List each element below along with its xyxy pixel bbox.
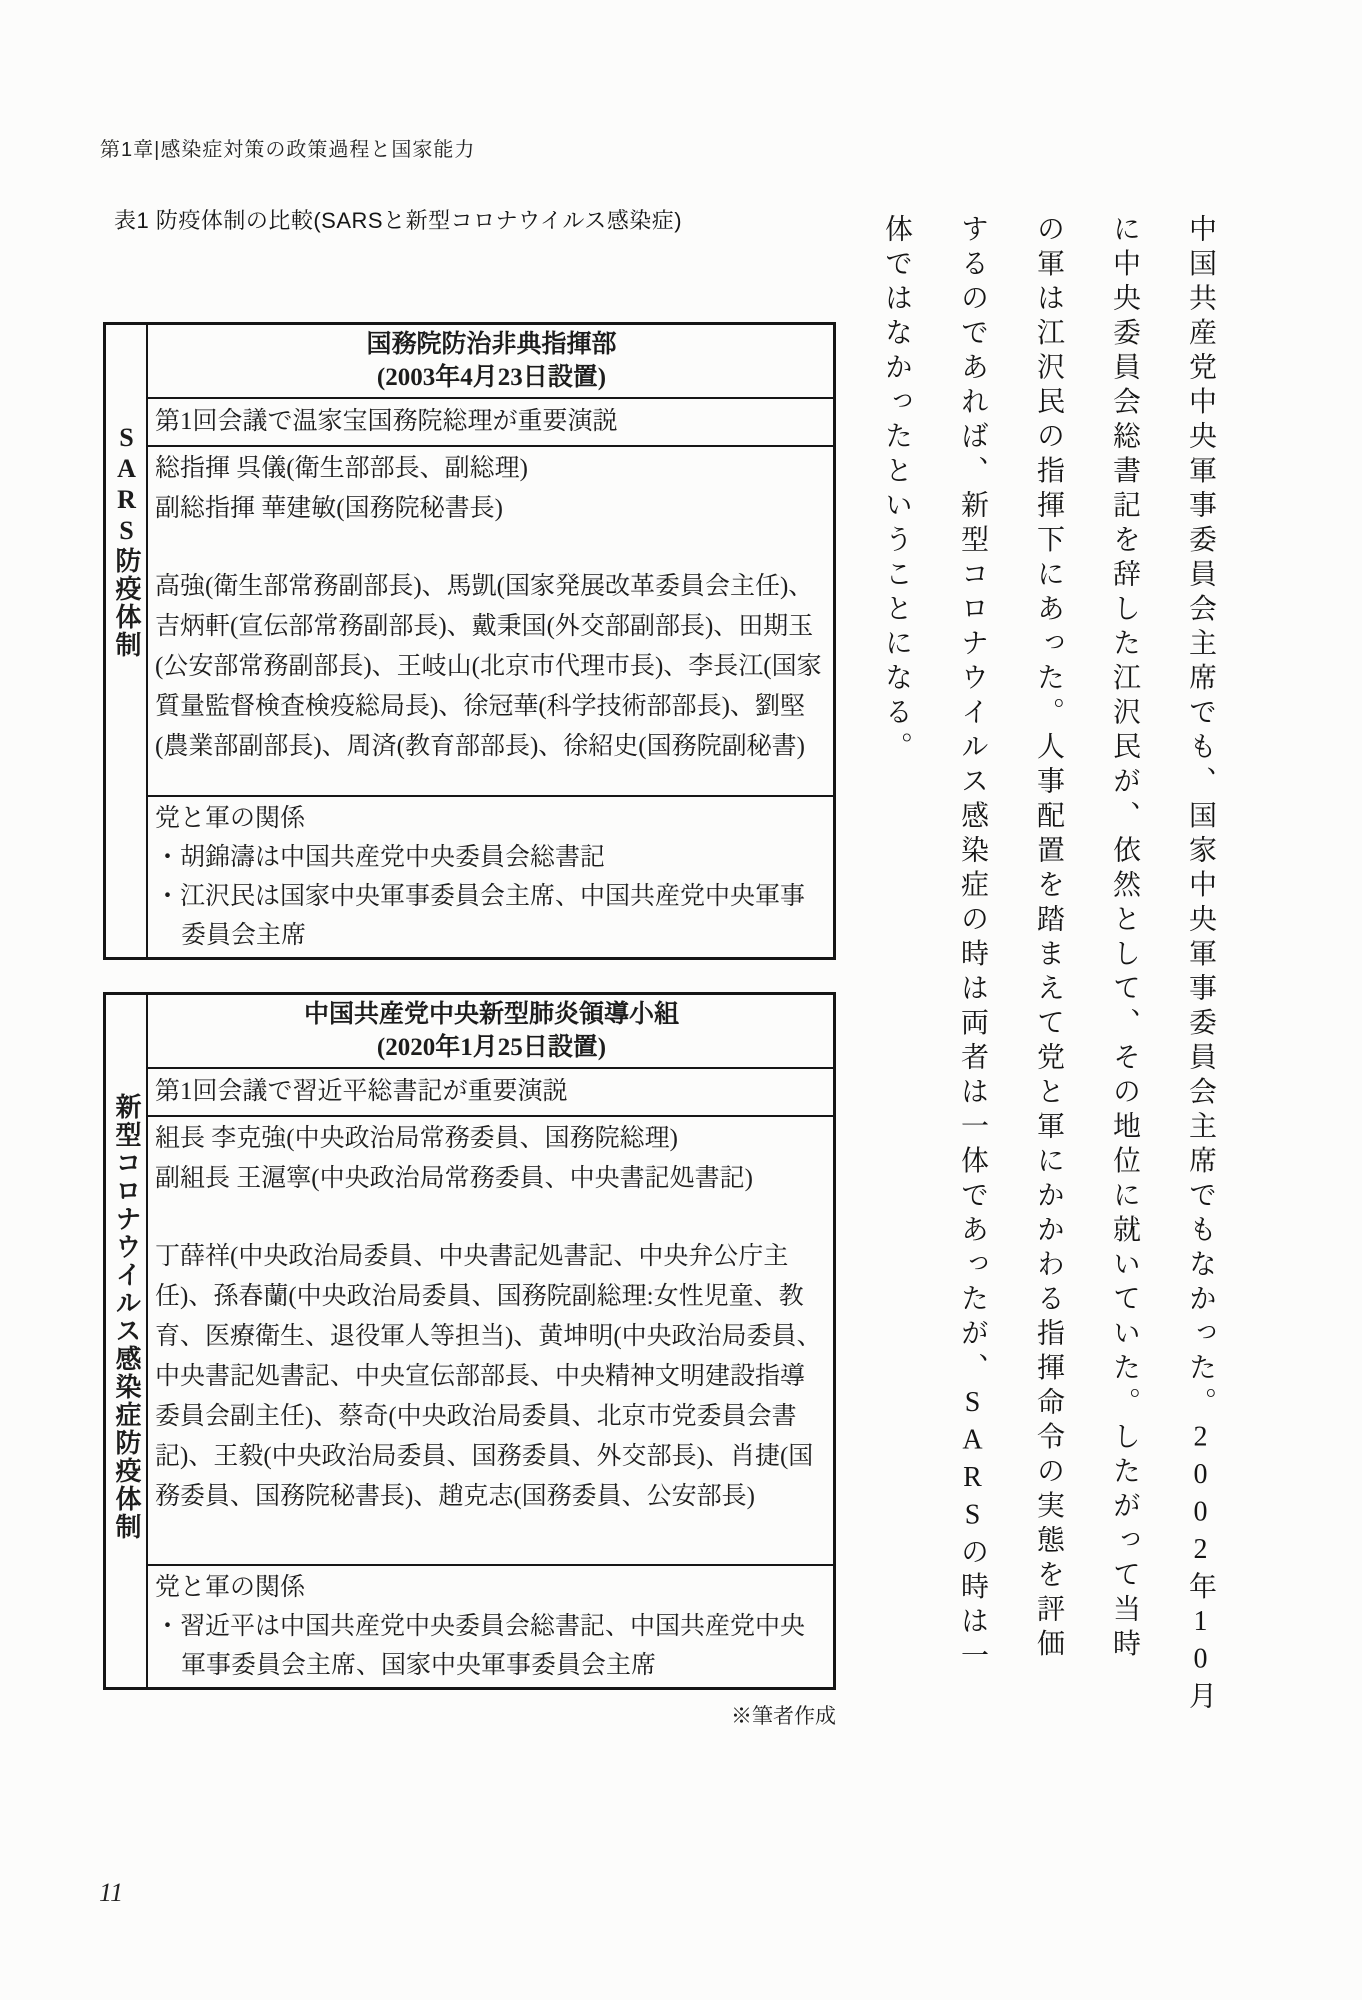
table-title-line1: 国務院防治非典指揮部 — [155, 328, 828, 361]
table-caption: 表1 防疫体制の比較(SARSと新型コロナウイルス感染症) — [114, 204, 682, 235]
chapter-header: 第1章|感染症対策の政策過程と国家能力 — [100, 133, 475, 162]
table-side-label: 新型コロナウイルス感染症防疫体制 — [113, 1093, 139, 1541]
leader-line: 副総指揮 華建敏(国務院秘書長) — [155, 489, 828, 529]
members-list: 丁薛祥(中央政治局委員、中央書記処書記、中央弁公庁主任)、孫春蘭(中央政治局委員… — [155, 1237, 828, 1517]
table-body: 中国共産党中央新型肺炎領導小組 (2020年1月25日設置) 第1回会議で習近平… — [148, 995, 833, 1687]
leader-line: 副組長 王滬寧(中央政治局常務委員、中央書記処書記) — [155, 1159, 828, 1199]
table-title-line2: (2003年4月23日設置) — [155, 361, 828, 394]
leader-line: 総指揮 呉儀(衛生部部長、副総理) — [155, 449, 828, 489]
table-side-label: SARS防疫体制 — [113, 423, 139, 659]
table-title-row: 中国共産党中央新型肺炎領導小組 (2020年1月25日設置) — [148, 995, 833, 1069]
members-list: 高強(衛生部常務副部長)、馬凱(国家発展改革委員会主任)、吉炳軒(宣伝部常務副部… — [155, 567, 828, 767]
vertical-text-column-4: するのであれば、新型コロナウイルス感染症の時は両者は一体であったが、SARSの時… — [957, 214, 987, 1734]
table-members-row: 組長 李克強(中央政治局常務委員、国務院総理) 副組長 王滬寧(中央政治局常務委… — [148, 1117, 833, 1566]
table-title-line2: (2020年1月25日設置) — [155, 1031, 828, 1064]
leader-line: 組長 李克強(中央政治局常務委員、国務院総理) — [155, 1119, 828, 1159]
table-title-line1: 中国共産党中央新型肺炎領導小組 — [155, 998, 828, 1031]
vertical-body-text: 中国共産党中央軍事委員会主席でも、国家中央軍事委員会主席でもなかった。2002年… — [881, 214, 1215, 1734]
table-covid-system: 新型コロナウイルス感染症防疫体制 中国共産党中央新型肺炎領導小組 (2020年1… — [103, 992, 836, 1690]
table-title-row: 国務院防治非典指揮部 (2003年4月23日設置) — [148, 325, 833, 399]
party-army-item: ・胡錦濤は中国共産党中央委員会総書記 — [155, 838, 828, 877]
vertical-text-column-2: に中央委員会総書記を辞した江沢民が、依然として、その地位に就いていた。したがって… — [1109, 214, 1139, 1734]
party-army-heading: 党と軍の関係 — [155, 799, 828, 838]
table-party-army-row: 党と軍の関係 ・習近平は中国共産党中央委員会総書記、中国共産党中央軍事委員会主席… — [148, 1566, 833, 1687]
table-side-label-cell: SARS防疫体制 — [106, 325, 148, 957]
table-body: 国務院防治非典指揮部 (2003年4月23日設置) 第1回会議で温家宝国務院総理… — [148, 325, 833, 957]
table-meeting-row: 第1回会議で温家宝国務院総理が重要演説 — [148, 399, 833, 447]
vertical-text-column-5: 体ではなかったということになる。 — [881, 214, 911, 1734]
party-army-heading: 党と軍の関係 — [155, 1568, 828, 1607]
table-meeting-row: 第1回会議で習近平総書記が重要演説 — [148, 1069, 833, 1117]
party-army-item: ・江沢民は国家中央軍事委員会主席、中国共産党中央軍事委員会主席 — [155, 877, 828, 955]
party-army-item: ・習近平は中国共産党中央委員会総書記、中国共産党中央軍事委員会主席、国家中央軍事… — [155, 1607, 828, 1685]
page-number: 11 — [99, 1878, 123, 1908]
vertical-text-column-3: の軍は江沢民の指揮下にあった。人事配置を踏まえて党と軍にかかわる指揮命令の実態を… — [1033, 214, 1063, 1734]
table-side-label-cell: 新型コロナウイルス感染症防疫体制 — [106, 995, 148, 1687]
table-party-army-row: 党と軍の関係 ・胡錦濤は中国共産党中央委員会総書記 ・江沢民は国家中央軍事委員会… — [148, 797, 833, 957]
vertical-text-column-1: 中国共産党中央軍事委員会主席でも、国家中央軍事委員会主席でもなかった。2002年… — [1185, 214, 1215, 1734]
table-members-row: 総指揮 呉儀(衛生部部長、副総理) 副総指揮 華建敏(国務院秘書長) 高強(衛生… — [148, 447, 833, 797]
book-page: { "page": { "chapter_header": "第1章|感染症対策… — [0, 0, 1362, 2000]
table-source-note: ※筆者作成 — [103, 1700, 836, 1730]
table-sars-system: SARS防疫体制 国務院防治非典指揮部 (2003年4月23日設置) 第1回会議… — [103, 322, 836, 960]
